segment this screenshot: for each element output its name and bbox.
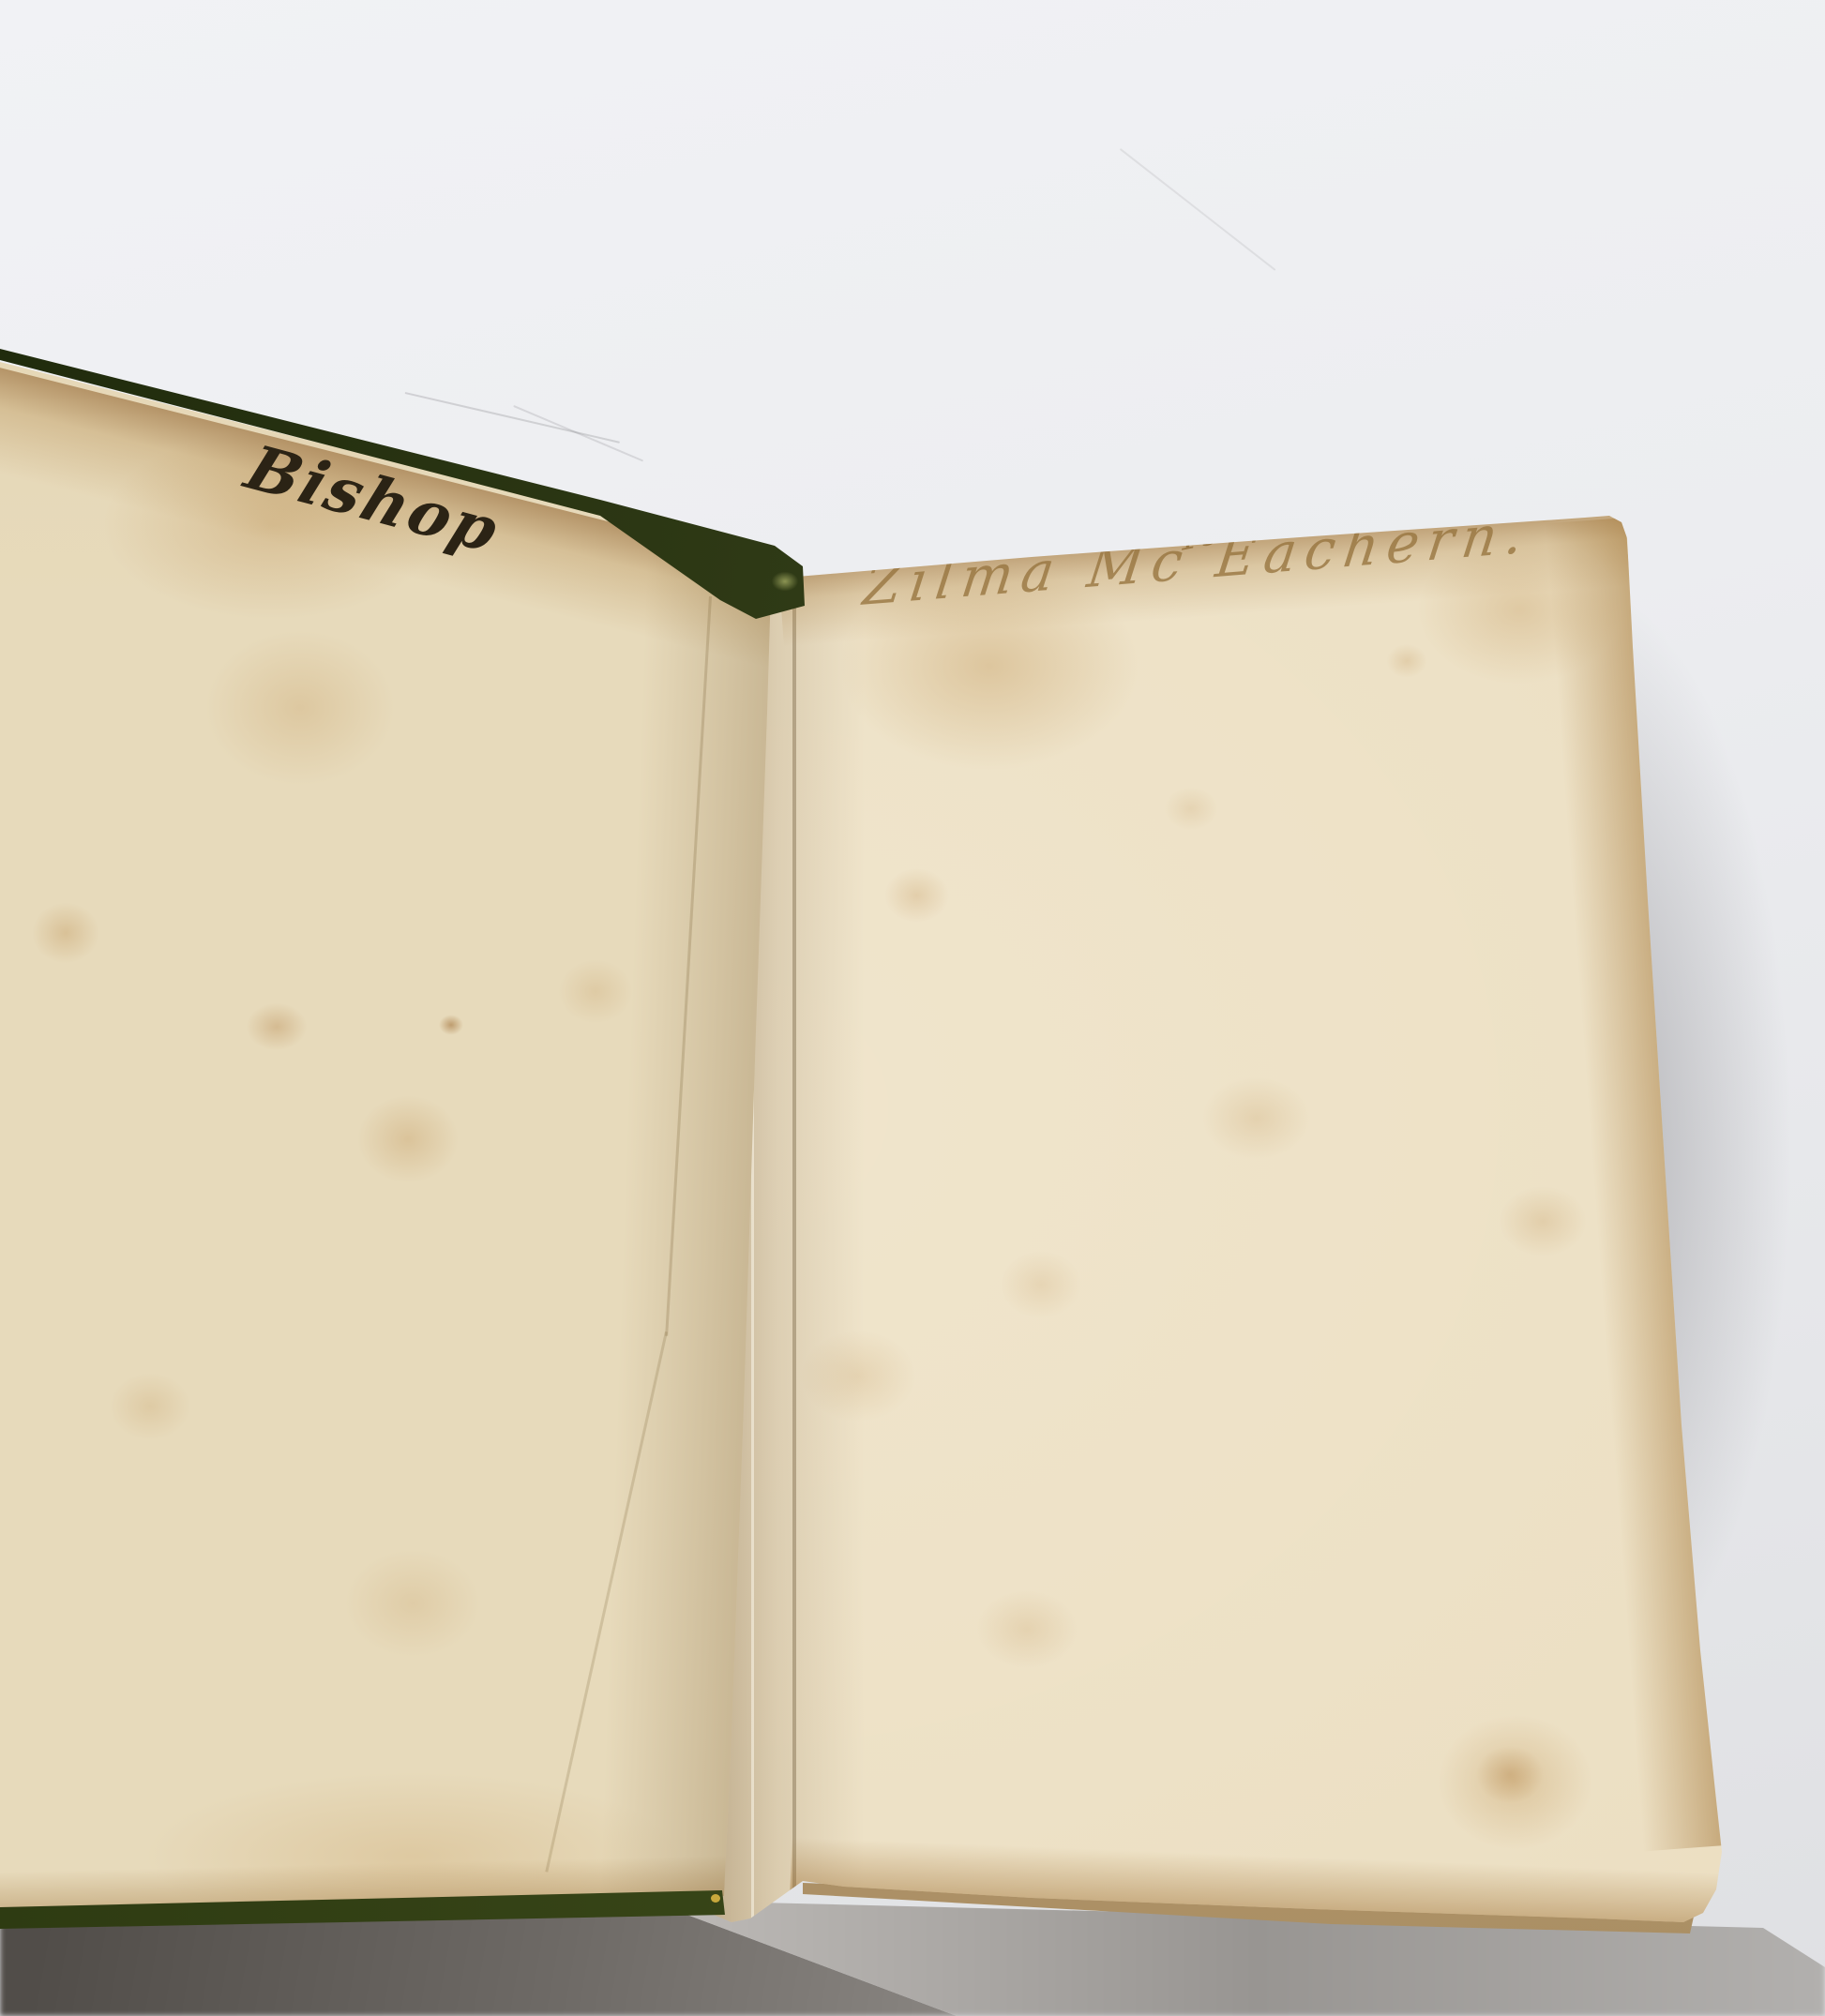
spine-highlight bbox=[767, 568, 803, 594]
cover-wear-speck bbox=[711, 1894, 720, 1903]
open-book-photo: 1902 Zilma Mc Eachern. Bishop bbox=[0, 0, 1825, 2016]
gutter-crease-shadow bbox=[792, 563, 796, 1894]
